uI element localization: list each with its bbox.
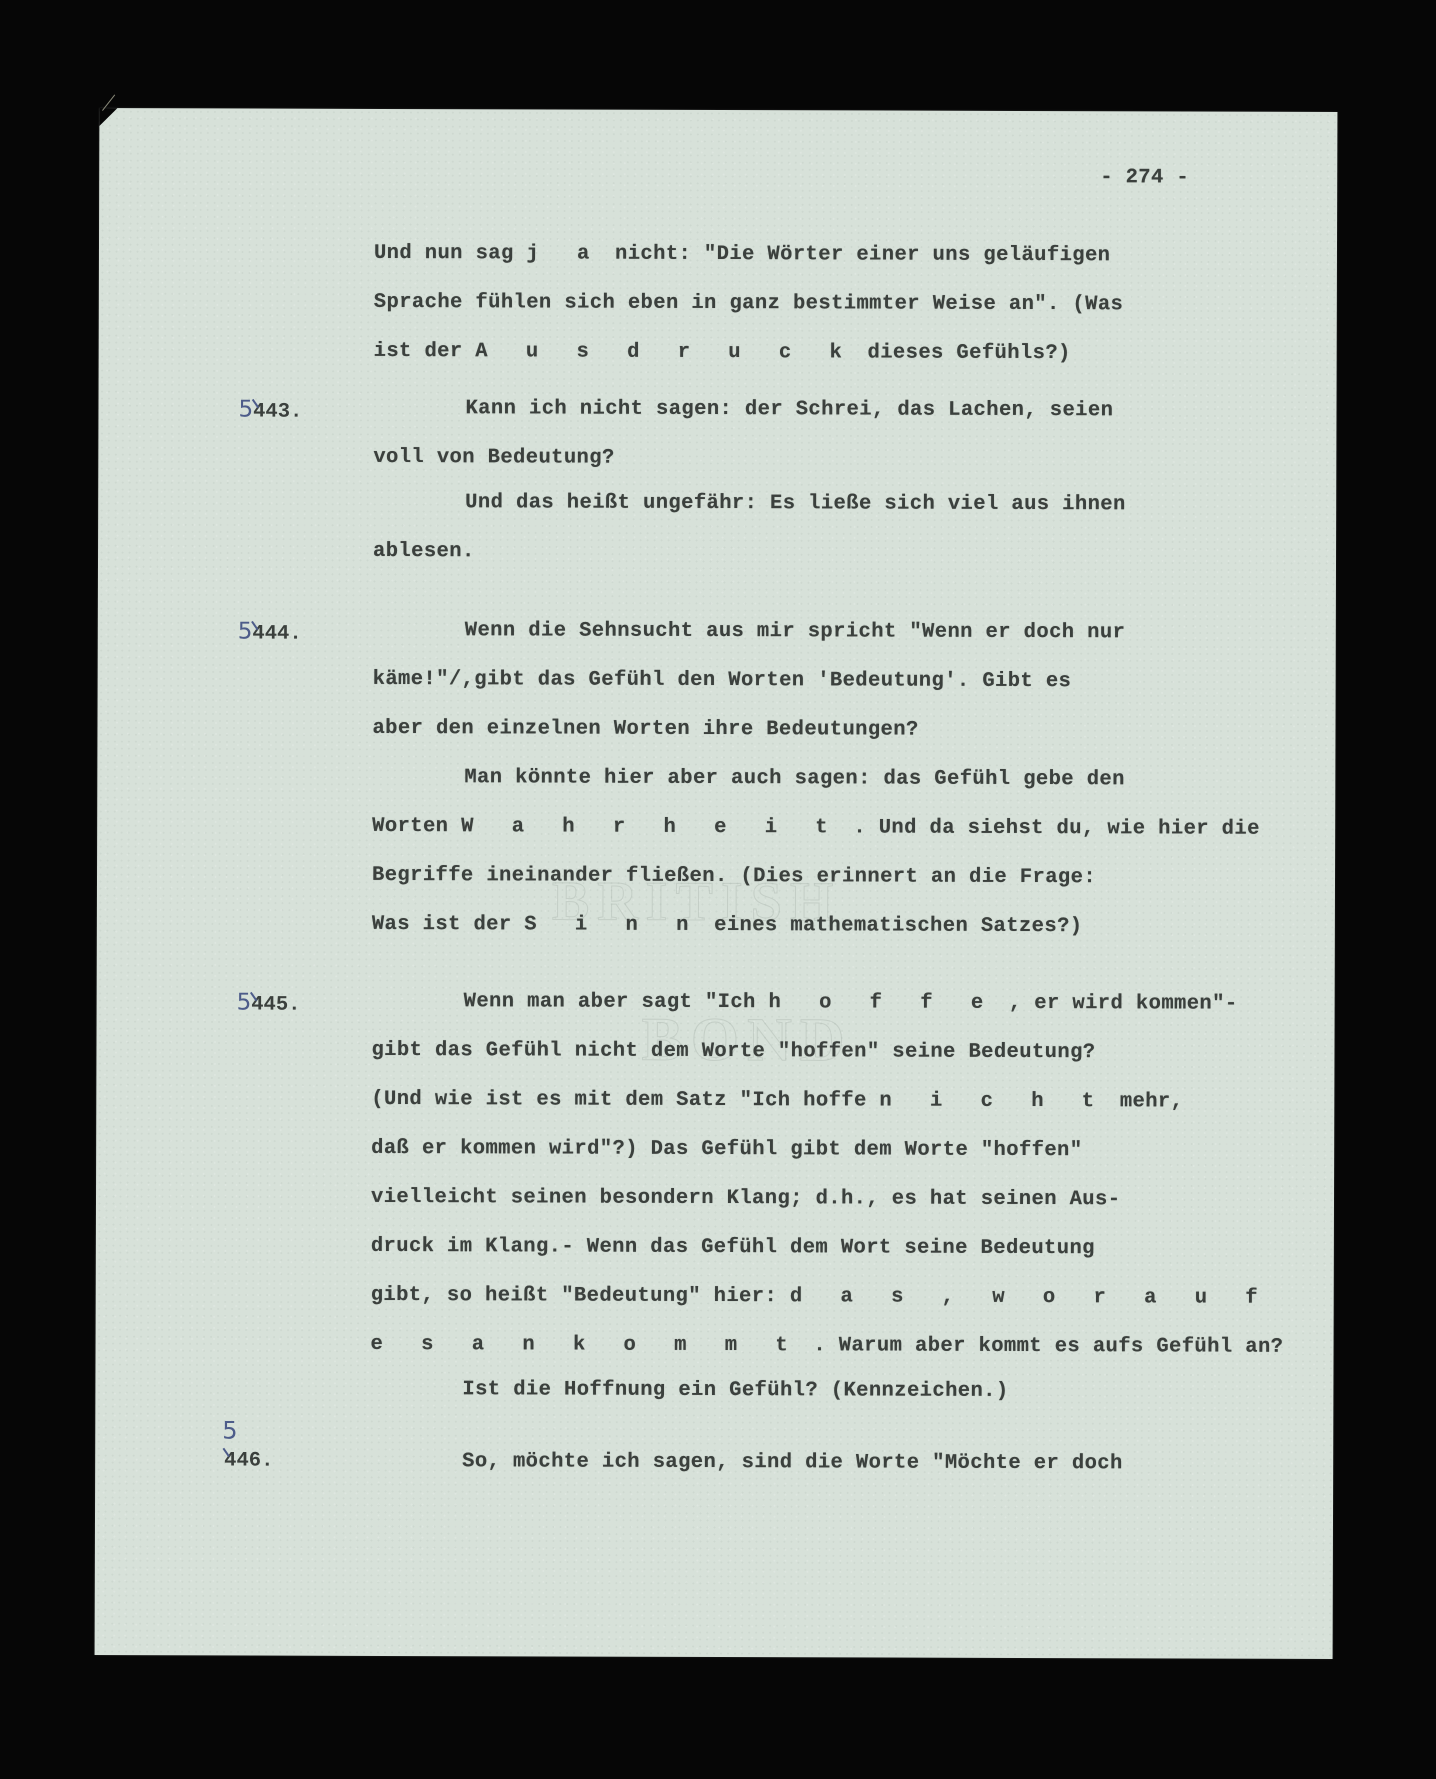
emphasis-ja: j a <box>526 242 602 265</box>
emphasis-nicht: n i c h t <box>879 1090 1107 1114</box>
emphasis-sinn: S i n n <box>524 913 701 937</box>
p5443-line-2: voll von Bedeutung? <box>373 448 614 469</box>
p5445-line-6: druck im Klang.- Wenn das Gefühl dem Wor… <box>371 1237 1095 1260</box>
p5444-line-3: aber den einzelnen Worten ihre Bedeutung… <box>372 719 918 741</box>
continuation-line-2: Sprache fühlen sich eben in ganz bestimm… <box>374 293 1123 316</box>
continuation-line-3: ist der A u s d r u c k dieses Gefühls?) <box>374 342 1071 365</box>
p5445-line-2: gibt das Gefühl nicht dem Worte "hoffen"… <box>371 1041 1095 1064</box>
emphasis-ausdruck: A u s d r u c k <box>475 340 855 364</box>
p5445-line-9: Ist die Hoffnung ein Gefühl? (Kennzeiche… <box>462 1380 1008 1402</box>
typescript-page: BRITISH BOND - 274 - Und nun sag j a nic… <box>95 108 1338 1659</box>
p5444-line-7: Was ist der S i n n eines mathematischen… <box>372 915 1083 938</box>
paragraph-number-5443: 5443. <box>238 398 302 423</box>
p5445-line-4: daß er kommen wird"?) Das Gefühl gibt de… <box>371 1139 1082 1162</box>
page-number: - 274 - <box>1100 168 1189 189</box>
p5444-line-5: Worten W a h r h e i t . Und da siehst d… <box>372 817 1260 840</box>
p5446-line-1: So, möchte ich sagen, sind die Worte "Mö… <box>462 1452 1123 1475</box>
p5444-line-4: Man könnte hier aber auch sagen: das Gef… <box>464 768 1125 791</box>
p5444-line-2: käme!"/,gibt das Gefühl den Worten 'Bede… <box>373 670 1072 693</box>
emphasis-wahrheit: W a h r h e i t <box>461 815 841 839</box>
p5445-line-3: (Und wie ist es mit dem Satz "Ich hoffe … <box>371 1090 1183 1113</box>
handwritten-digit: 5 <box>238 396 253 422</box>
p5444-line-1: Wenn die Sehnsucht aus mir spricht "Wenn… <box>465 621 1126 644</box>
paragraph-number-5444: 5444. <box>238 620 302 645</box>
emphasis-das-worauf: d a s , w o r a u f <box>790 1285 1271 1310</box>
paragraph-number-5445: 5445. <box>237 991 301 1016</box>
p5445-line-5: vielleicht seinen besondern Klang; d.h.,… <box>371 1188 1120 1211</box>
p5445-line-1: Wenn man aber sagt "Ich h o f f e , er w… <box>464 992 1238 1015</box>
continuation-line-1: Und nun sag j a nicht: "Die Wörter einer… <box>374 244 1110 267</box>
p5443-line-3: Und das heißt ungefähr: Es ließe sich vi… <box>465 493 1126 516</box>
handwritten-digit-above: 5 <box>222 1418 237 1442</box>
handwritten-digit: 5 <box>238 618 253 644</box>
p5444-line-6: Begriffe ineinander fließen. (Dies erinn… <box>372 866 1096 889</box>
paragraph-number-5446: 446. <box>224 1451 273 1472</box>
handwritten-digit: 5 <box>237 989 252 1015</box>
p5443-line-4: ablesen. <box>373 542 475 563</box>
emphasis-es-ankommt: e s a n k o m m t <box>371 1333 801 1357</box>
emphasis-hoffe: h o f f e <box>768 991 996 1015</box>
p5445-line-7: gibt, so heißt "Bedeutung" hier: d a s ,… <box>371 1286 1271 1309</box>
p5445-line-8: e s a n k o m m t . Warum aber kommt es … <box>371 1335 1284 1358</box>
p5443-line-1: Kann ich nicht sagen: der Schrei, das La… <box>465 399 1113 422</box>
